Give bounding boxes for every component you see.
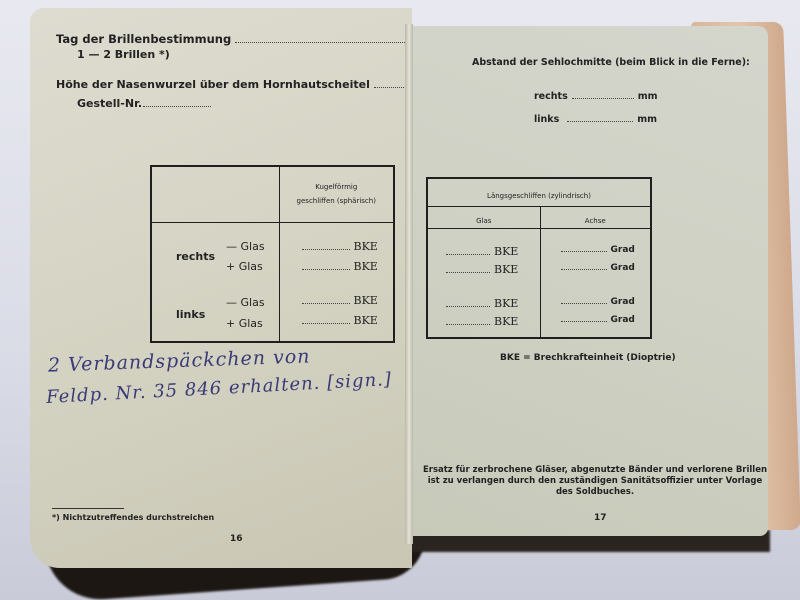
- side-label-left: links: [176, 308, 205, 321]
- cylindrical-table: Längsgeschliffen (zylindrisch) Glas Achs…: [426, 177, 652, 339]
- bke-row: BKE: [442, 315, 518, 328]
- replacement-note: Ersatz für zerbrochene Gläser, abgenutzt…: [420, 465, 770, 498]
- glass-minus-left: — Glas: [226, 296, 265, 309]
- date-label: Tag der Brillenbestimmung: [56, 32, 231, 46]
- bke-row: BKE: [298, 240, 378, 253]
- distance-row-left: linksmm: [534, 114, 657, 125]
- page-number-right: 17: [594, 513, 607, 523]
- footnote: *) Nichtzutreffendes durchstreichen: [52, 513, 214, 522]
- grad-row: Grad: [557, 297, 635, 307]
- spherical-labels-cell: rechts — Glas + Glas links — Glas + Glas: [151, 222, 279, 342]
- bke-row: BKE: [298, 294, 378, 307]
- spherical-table-corner: [151, 166, 279, 222]
- page-number-left: 16: [230, 534, 243, 544]
- side-label-right: rechts: [176, 250, 215, 263]
- nose-height-label: Höhe der Nasenwurzel über dem Hornhautsc…: [56, 78, 370, 91]
- bke-legend: BKE = Brechkrafteinheit (Dioptrie): [500, 353, 676, 363]
- distance-row-right: rechtsmm: [534, 91, 658, 102]
- bke-row: BKE: [442, 297, 518, 310]
- frame-number-label: Gestell-Nr.: [77, 97, 142, 110]
- grad-row: Grad: [557, 315, 635, 325]
- col-axis-header: Achse: [540, 206, 651, 228]
- footnote-rule: [52, 508, 124, 509]
- date-field: Tag der Brillenbestimmung: [56, 32, 439, 46]
- grad-row: Grad: [557, 245, 635, 255]
- glass-plus-right: + Glas: [226, 260, 263, 273]
- bke-row: BKE: [442, 263, 518, 276]
- spherical-table: Kugelförmig geschliffen (sphärisch) rech…: [150, 165, 395, 343]
- grad-row: Grad: [557, 263, 635, 273]
- glass-minus-right: — Glas: [226, 240, 265, 253]
- pupil-distance-heading: Abstand der Sehlochmitte (beim Blick in …: [472, 57, 750, 68]
- col-glass-header: Glas: [427, 206, 540, 228]
- spherical-values-cell: BKE BKE BKE BKE: [279, 222, 394, 342]
- cylindrical-header: Längsgeschliffen (zylindrisch): [427, 178, 651, 206]
- nose-height-field: Höhe der Nasenwurzel über dem Hornhautsc…: [56, 78, 463, 91]
- bke-row: BKE: [442, 245, 518, 258]
- glass-values-cell: BKE BKE BKE BKE: [427, 228, 540, 338]
- glasses-count: 1 — 2 Brillen *): [77, 48, 170, 61]
- frame-number-dotted-line: [143, 106, 211, 107]
- photo-stage: Tag der Brillenbestimmung 1 — 2 Brillen …: [0, 0, 800, 600]
- spherical-header: Kugelförmig geschliffen (sphärisch): [279, 166, 394, 222]
- bke-row: BKE: [298, 260, 378, 273]
- book-gutter: [405, 24, 413, 544]
- axis-values-cell: Grad Grad Grad Grad: [540, 228, 651, 338]
- frame-number-field: Gestell-Nr.: [77, 97, 215, 110]
- bke-row: BKE: [298, 314, 378, 327]
- glass-plus-left: + Glas: [226, 317, 263, 330]
